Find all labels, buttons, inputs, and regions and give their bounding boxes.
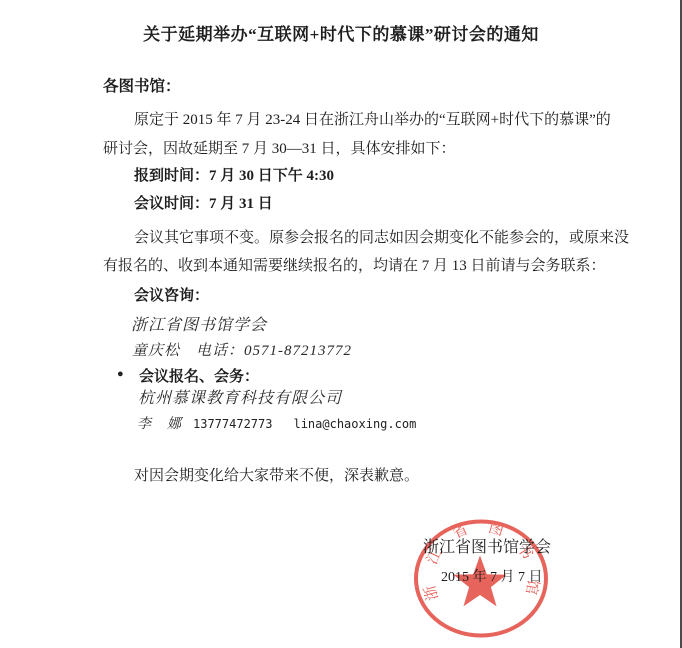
signup-organization: 杭州慕课教育科技有限公司 xyxy=(138,389,342,409)
signup-heading: 会议报名、会务： xyxy=(139,368,259,387)
consult-heading: 会议咨询： xyxy=(134,287,209,306)
meeting-time: 会议时间：7 月 31 日 xyxy=(134,195,273,214)
paragraph1-line1: 原定于 2015 年 7 月 23-24 日在浙江舟山举办的“互联网+时代下的慕… xyxy=(134,111,611,130)
bullet-icon: ● xyxy=(117,368,124,382)
apology-line: 对因会期变化给大家带来不便，深表歉意。 xyxy=(134,467,419,486)
registration-time: 报到时间：7 月 30 日下午 4:30 xyxy=(134,167,334,186)
signup-contact: 李 娜13777472773lina@chaoxing.com xyxy=(137,416,416,434)
contact-email: lina@chaoxing.com xyxy=(293,417,416,431)
paragraph1-line2: 研讨会，因故延期至 7 月 30—31 日，具体安排如下： xyxy=(103,140,456,159)
signature-organization: 浙江省图书馆学会 xyxy=(423,538,551,558)
consult-contact: 童庆松 电话：0571-87213772 xyxy=(132,342,352,361)
paragraph2-line1: 会议其它事项不变。原参会报名的同志如因会期变化不能参会的，或原来没 xyxy=(134,229,629,248)
salutation: 各图书馆： xyxy=(103,77,181,96)
consult-organization: 浙江省图书馆学会 xyxy=(131,316,267,336)
document-title: 关于延期举办“互联网+时代下的慕课”研讨会的通知 xyxy=(10,24,672,45)
signature-date: 2015 年 7 月 7 日 xyxy=(441,569,543,587)
contact-phone: 13777472773 xyxy=(193,417,272,431)
paragraph2-line2: 有报名的、收到本通知需要继续报名的，均请在 7 月 13 日前请与会务联系： xyxy=(103,257,606,276)
contact-name: 李 娜 xyxy=(137,417,182,432)
notice-document: 关于延期举办“互联网+时代下的慕课”研讨会的通知 各图书馆： 原定于 2015 … xyxy=(0,0,682,648)
